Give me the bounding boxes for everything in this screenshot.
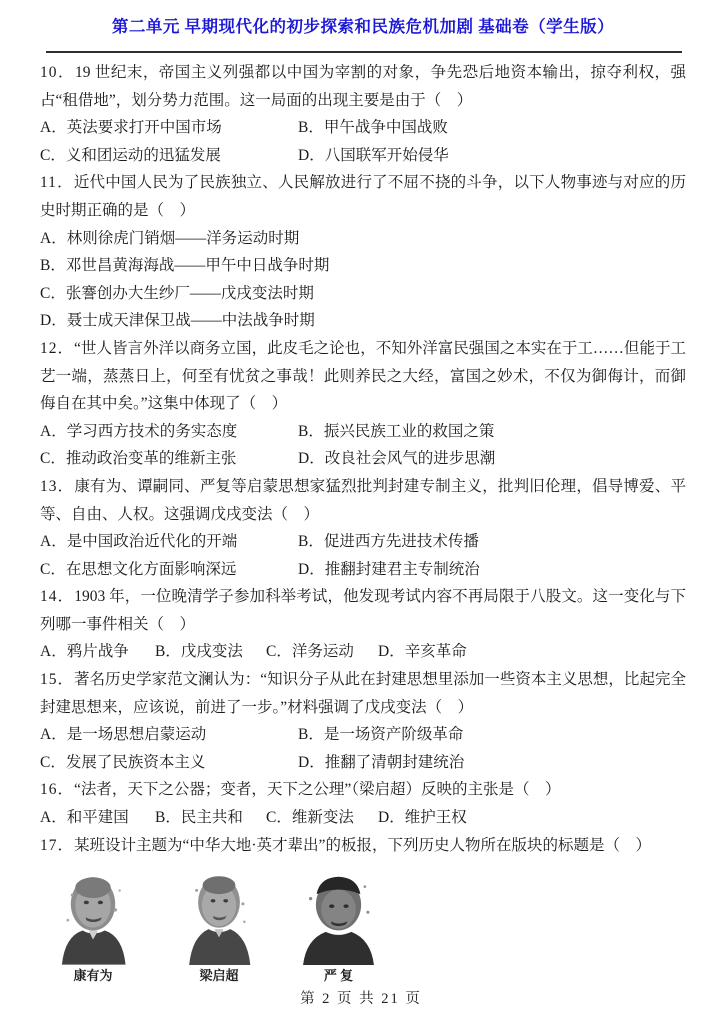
option-b: B．邓世昌黄海海战——甲午中日战争时期 <box>40 252 686 280</box>
option-c: C．推动政治变革的维新主张 <box>40 445 298 473</box>
question-12: 12．“世人皆言外洋以商务立国，此皮毛之论也，不知外洋富民强国之本实在于工……但… <box>40 335 686 473</box>
option-c: C．在思想文化方面影响深远 <box>40 556 298 584</box>
question-17: 17．某班设计主题为“中华大地·英才辈出”的板报，下列历史人物所在版块的标题是（… <box>40 832 686 860</box>
question-options: A．鸦片战争 B．戊戌变法 C．洋务运动 D．辛亥革命 <box>40 638 686 666</box>
liang-qichao-portrait-image <box>180 868 258 965</box>
option-b: B．甲午战争中国战败 <box>298 114 686 142</box>
option-a: A．英法要求打开中国市场 <box>40 114 298 142</box>
option-a: A．林则徐虎门销烟——洋务运动时期 <box>40 225 686 253</box>
question-15: 15．著名历史学家范文澜认为：“知识分子从此在封建思想里添加一些资本主义思想，比… <box>40 666 686 776</box>
question-number: 11． <box>40 174 74 191</box>
question-number: 12． <box>40 340 74 357</box>
question-stem: 11．近代中国人民为了民族独立、人民解放进行了不屈不挠的斗争，以下人物事迹与对应… <box>40 169 686 224</box>
option-c: C．张謇创办大生纱厂——戊戌变法时期 <box>40 280 686 308</box>
question-text: “法者，天下之公器；变者，天下之公理”（梁启超）反映的主张是（ ） <box>74 781 561 798</box>
question-options: A．林则徐虎门销烟——洋务运动时期 B．邓世昌黄海海战——甲午中日战争时期 C．… <box>40 225 686 335</box>
question-11: 11．近代中国人民为了民族独立、人民解放进行了不屈不挠的斗争，以下人物事迹与对应… <box>40 169 686 335</box>
option-b: B．戊戌变法 <box>155 638 266 666</box>
question-text: 近代中国人民为了民族独立、人民解放进行了不屈不挠的斗争，以下人物事迹与对应的历史… <box>40 174 686 219</box>
option-a: A．是一场思想启蒙运动 <box>40 721 298 749</box>
question-text: 19 世纪末，帝国主义列强都以中国为宰割的对象，争先恐后地资本输出，掠夺利权，强… <box>40 64 686 109</box>
yan-fu-portrait-image <box>292 867 385 965</box>
option-d: D．八国联军开始侵华 <box>298 142 686 170</box>
option-c: C．发展了民族资本主义 <box>40 749 298 777</box>
option-a: A．鸦片战争 <box>40 638 155 666</box>
option-b: B．振兴民族工业的救国之策 <box>298 418 686 446</box>
kang-youwei-caption: 康有为 <box>56 967 130 985</box>
option-d: D．推翻了清朝封建统治 <box>298 749 686 777</box>
page-number-footer: 第 2 页 共 21 页 <box>0 987 722 1008</box>
question-number: 14． <box>40 588 74 605</box>
question-number: 17． <box>40 837 74 854</box>
portrait-captions: 康有为 梁启超 严 复 <box>40 967 686 985</box>
question-stem: 15．著名历史学家范文澜认为：“知识分子从此在封建思想里添加一些资本主义思想，比… <box>40 666 686 721</box>
question-options: A．是中国政治近代化的开端 B．促进西方先进技术传播 C．在思想文化方面影响深远… <box>40 528 686 583</box>
option-b: B．促进西方先进技术传播 <box>298 528 686 556</box>
option-a: A．学习西方技术的务实态度 <box>40 418 298 446</box>
question-10: 10．19 世纪末，帝国主义列强都以中国为宰割的对象，争先恐后地资本输出，掠夺利… <box>40 59 686 169</box>
question-options: A．和平建国 B．民主共和 C．维新变法 D．维护王权 <box>40 804 686 832</box>
question-stem: 17．某班设计主题为“中华大地·英才辈出”的板报，下列历史人物所在版块的标题是（… <box>40 832 686 860</box>
question-text: “世人皆言外洋以商务立国，此皮毛之论也，不知外洋富民强国之本实在于工……但能于工… <box>40 340 686 412</box>
option-d: D．改良社会风气的进步思潮 <box>298 445 686 473</box>
question-number: 10． <box>40 64 75 81</box>
question-number: 16． <box>40 781 74 798</box>
liang-qichao-caption: 梁启超 <box>180 967 258 985</box>
question-stem: 10．19 世纪末，帝国主义列强都以中国为宰割的对象，争先恐后地资本输出，掠夺利… <box>40 59 686 114</box>
option-c: C．维新变法 <box>266 804 378 832</box>
question-13: 13．康有为、谭嗣同、严复等启蒙思想家猛烈批判封建专制主义，批判旧伦理，倡导博爱… <box>40 473 686 583</box>
option-a: A．是中国政治近代化的开端 <box>40 528 298 556</box>
header-divider <box>46 51 682 53</box>
question-number: 15． <box>40 671 74 688</box>
historical-figures-portraits <box>40 865 686 965</box>
question-text: 康有为、谭嗣同、严复等启蒙思想家猛烈批判封建专制主义，批判旧伦理，倡导博爱、平等… <box>40 478 686 523</box>
page-content: 第二单元 早期现代化的初步探索和民族危机加剧 基础卷（学生版） 10．19 世纪… <box>40 0 686 985</box>
question-text: 著名历史学家范文澜认为：“知识分子从此在封建思想里添加一些资本主义思想，比起完全… <box>40 671 686 716</box>
question-options: A．学习西方技术的务实态度 B．振兴民族工业的救国之策 C．推动政治变革的维新主… <box>40 418 686 473</box>
question-text: 1903 年，一位晚清学子参加科举考试，他发现考试内容不再局限于八股文。这一变化… <box>40 588 686 633</box>
question-number: 13． <box>40 478 74 495</box>
option-d: D．维护王权 <box>378 804 686 832</box>
option-b: B．民主共和 <box>155 804 266 832</box>
question-stem: 14．1903 年，一位晚清学子参加科举考试，他发现考试内容不再局限于八股文。这… <box>40 583 686 638</box>
question-stem: 12．“世人皆言外洋以商务立国，此皮毛之论也，不知外洋富民强国之本实在于工……但… <box>40 335 686 418</box>
question-stem: 16．“法者，天下之公器；变者，天下之公理”（梁启超）反映的主张是（ ） <box>40 776 686 804</box>
question-area: 10．19 世纪末，帝国主义列强都以中国为宰割的对象，争先恐后地资本输出，掠夺利… <box>40 59 686 985</box>
exam-page: 第二单元 早期现代化的初步探索和民族危机加剧 基础卷（学生版） 10．19 世纪… <box>0 0 722 1024</box>
page-title: 第二单元 早期现代化的初步探索和民族危机加剧 基础卷（学生版） <box>40 0 686 38</box>
option-d: D．推翻封建君主专制统治 <box>298 556 686 584</box>
option-d: D．辛亥革命 <box>378 638 686 666</box>
question-16: 16．“法者，天下之公器；变者，天下之公理”（梁启超）反映的主张是（ ） A．和… <box>40 776 686 831</box>
option-c: C．义和团运动的迅猛发展 <box>40 142 298 170</box>
question-stem: 13．康有为、谭嗣同、严复等启蒙思想家猛烈批判封建专制主义，批判旧伦理，倡导博爱… <box>40 473 686 528</box>
option-a: A．和平建国 <box>40 804 155 832</box>
option-b: B．是一场资产阶级革命 <box>298 721 686 749</box>
question-options: A．是一场思想启蒙运动 B．是一场资产阶级革命 C．发展了民族资本主义 D．推翻… <box>40 721 686 776</box>
question-options: A．英法要求打开中国市场 B．甲午战争中国战败 C．义和团运动的迅猛发展 D．八… <box>40 114 686 169</box>
option-d: D．聂士成天津保卫战——中法战争时期 <box>40 307 686 335</box>
question-text: 某班设计主题为“中华大地·英才辈出”的板报，下列历史人物所在版块的标题是（ ） <box>74 837 651 854</box>
option-c: C．洋务运动 <box>266 638 378 666</box>
kang-youwei-portrait-image <box>56 868 130 965</box>
question-14: 14．1903 年，一位晚清学子参加科举考试，他发现考试内容不再局限于八股文。这… <box>40 583 686 666</box>
yan-fu-caption: 严 复 <box>292 967 385 985</box>
